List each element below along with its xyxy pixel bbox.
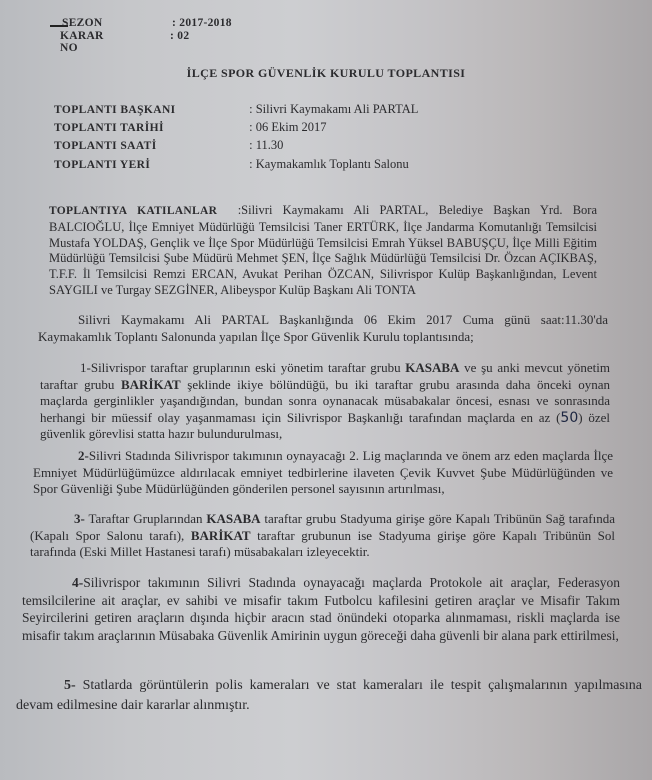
kasaba-group: KASABA	[206, 511, 260, 526]
barikat-group: BARİKAT	[191, 528, 251, 543]
meeting-date-label: TOPLANTI TARİHİ	[54, 122, 246, 134]
meeting-place-value: : Kaymakamlık Toplantı Salonu	[249, 157, 409, 172]
season-label: SEZON	[62, 17, 103, 29]
decision-1-number: 1-	[80, 360, 91, 375]
decision-number-value: : 02	[170, 30, 189, 42]
decision-4-number: 4-	[72, 575, 83, 590]
meeting-chair-value: : Silivri Kaymakamı Ali PARTAL	[249, 102, 418, 117]
decision-5-number: 5-	[64, 678, 76, 693]
document-page: SEZON : 2017-2018 KARAR NO : 02 İLÇE SPO…	[0, 0, 652, 780]
decision-2-number: 2-	[78, 448, 89, 463]
meeting-time-label: TOPLANTI SAATİ	[54, 140, 246, 152]
meeting-place-label: TOPLANTI YERİ	[54, 159, 246, 171]
kasaba-group: KASABA	[405, 360, 459, 375]
meeting-time-value: : 11.30	[249, 138, 283, 153]
decision-1: 1-Silivrispor taraftar gruplarının eski …	[40, 360, 610, 443]
attendees-label: TOPLANTIYA KATILANLAR	[49, 205, 217, 217]
decision-4: 4-Silivrispor takımının Silivri Stadında…	[22, 574, 620, 644]
decision-2: 2-Silivri Stadında Silivrispor takımının…	[33, 448, 613, 498]
decision-3: 3- Taraftar Gruplarından KASABA taraftar…	[30, 511, 615, 561]
meeting-time-row: TOPLANTI SAATİ : 11.30	[54, 138, 283, 153]
meeting-date-row: TOPLANTI TARİHİ : 06 Ekim 2017	[54, 120, 327, 135]
document-title: İLÇE SPOR GÜVENLİK KURULU TOPLANTISI	[0, 66, 652, 81]
meeting-date-value: : 06 Ekim 2017	[249, 120, 326, 135]
barikat-group: BARİKAT	[121, 377, 181, 392]
meeting-chair-row: TOPLANTI BAŞKANI : Silivri Kaymakamı Ali…	[54, 102, 418, 117]
handwritten-guard-count: 50	[560, 410, 578, 426]
attendees-paragraph: TOPLANTIYA KATILANLAR :Silivri Kaymakamı…	[49, 203, 597, 299]
attendees-list: :Silivri Kaymakamı Ali PARTAL, Belediye …	[49, 203, 597, 297]
meeting-chair-label: TOPLANTI BAŞKANI	[54, 104, 246, 116]
season-value: : 2017-2018	[172, 17, 232, 29]
intro-paragraph: Silivri Kaymakamı Ali PARTAL Başkanlığın…	[38, 312, 608, 345]
decision-5: 5- Statlarda görüntülerin polis kamerala…	[16, 676, 642, 716]
decision-3-number: 3-	[74, 511, 85, 526]
meeting-place-row: TOPLANTI YERİ : Kaymakamlık Toplantı Sal…	[54, 157, 409, 172]
decision-number-label: KARAR NO	[60, 30, 104, 54]
